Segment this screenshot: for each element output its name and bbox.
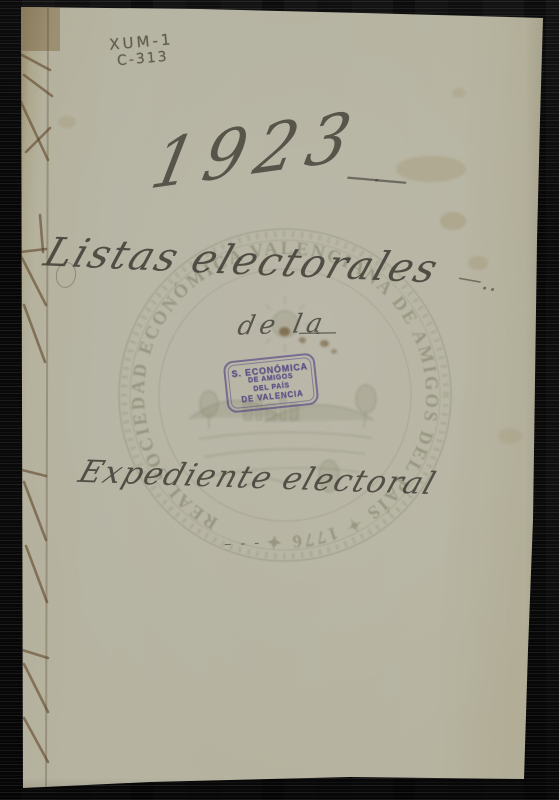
archive-code-line2: C-313 [110, 48, 175, 70]
archive-code-note: XUM-1 C-313 [109, 31, 176, 70]
page-crease-line [46, 8, 48, 788]
stain [468, 256, 488, 270]
document-page: REAL SOCIEDAD ECONÓMICA VALENCIANA DE AM… [0, 0, 559, 800]
year-flourish-stroke: —— [344, 156, 403, 201]
stain [498, 428, 522, 444]
archive-code-line1: XUM-1 [109, 31, 174, 54]
stain [452, 88, 466, 98]
year-handwriting: 1923 [144, 96, 367, 205]
stamp-inner-border: S. ECONÓMICA DE AMIGOS DEL PAÍS DE VALEN… [227, 357, 315, 410]
stain [396, 156, 466, 182]
library-stamp: S. ECONÓMICA DE AMIGOS DEL PAÍS DE VALEN… [223, 352, 320, 413]
stamp-outer-border: S. ECONÓMICA DE AMIGOS DEL PAÍS DE VALEN… [223, 352, 320, 413]
stamp-line-4: DE VALENCIA [241, 389, 304, 405]
